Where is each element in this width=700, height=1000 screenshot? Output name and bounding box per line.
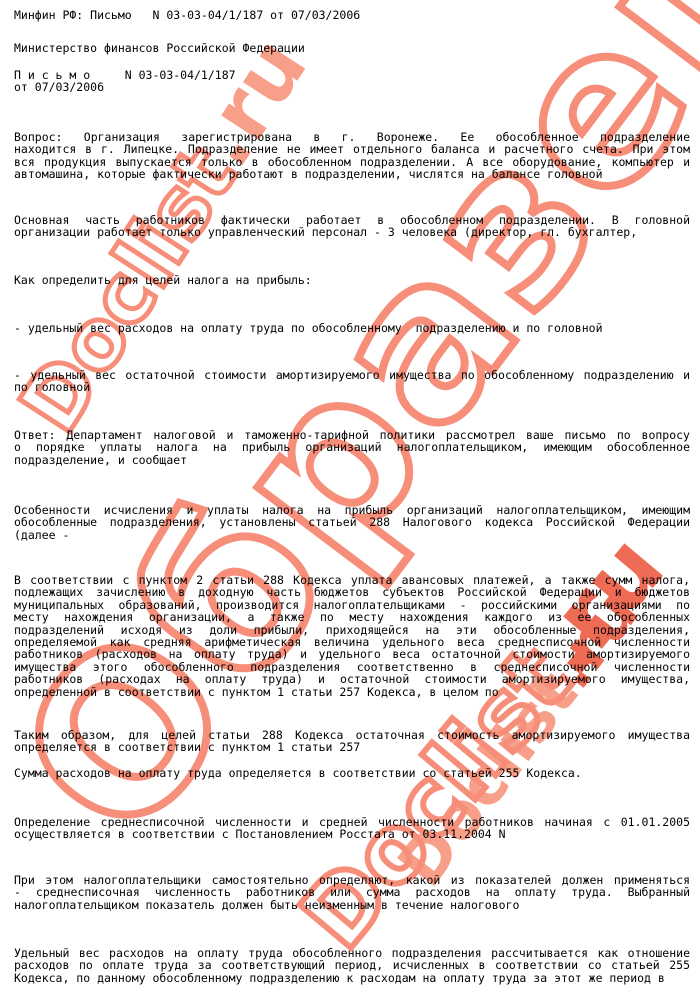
paragraph: Минфин РФ: Письмо N 03-03-04/1/187 от 07… (14, 9, 690, 21)
paragraph: При этом налогоплательщики самостоятельн… (14, 874, 690, 911)
paragraph: Особенности исчисления и уплаты налога н… (14, 504, 690, 541)
text-line: Кодекса, по данному обособленному подраз… (14, 972, 690, 984)
paragraph: П и с ь м о N 03-03-04/1/187от 07/03/200… (14, 69, 690, 94)
text-line: организации работает только управленческ… (14, 226, 690, 238)
letter-body: Минфин РФ: Письмо N 03-03-04/1/187 от 07… (14, 0, 690, 1000)
paragraph: Сумма расходов на оплату труда определяе… (14, 767, 690, 779)
text-line: Как определить для целей налога на прибы… (14, 274, 690, 286)
paragraph: - удельный вес остаточной стоимости амор… (14, 369, 690, 394)
paragraph: Вопрос: Организация зарегистрирована в г… (14, 131, 690, 181)
document-page: Минфин РФ: Письмо N 03-03-04/1/187 от 07… (0, 0, 700, 1000)
text-line: обособленные подразделения, установлены … (14, 516, 690, 528)
paragraph: - удельный вес расходов на оплату труда … (14, 322, 690, 334)
text-line: Минфин РФ: Письмо N 03-03-04/1/187 от 07… (14, 9, 690, 21)
paragraph: Определение среднесписочной численности … (14, 816, 690, 841)
text-line: Министерство финансов Российской Федерац… (14, 42, 690, 54)
text-line: месту нахождения организации, а также по… (14, 611, 690, 623)
text-line: по головной (14, 381, 690, 393)
text-line: П и с ь м о N 03-03-04/1/187 (14, 69, 690, 81)
text-line: Сумма расходов на оплату труда определяе… (14, 767, 690, 779)
text-line: о порядке уплаты налога на прибыль орган… (14, 441, 690, 453)
text-line: осуществляется в соответствии с Постанов… (14, 828, 690, 840)
text-line: расходов по оплате труда за соответствую… (14, 959, 690, 971)
text-line: налогоплательщиком показатель должен быт… (14, 899, 690, 911)
text-line: от 07/03/2006 (14, 81, 690, 93)
paragraph: Удельный вес расходов на оплату труда об… (14, 947, 690, 984)
paragraph: В соответствии с пунктом 2 статьи 288 Ко… (14, 574, 690, 698)
paragraph: Таким образом, для целей статьи 288 Коде… (14, 729, 690, 754)
text-line: подлежащих зачислению в доходную часть б… (14, 586, 690, 598)
paragraph: Как определить для целей налога на прибы… (14, 274, 690, 286)
text-line: работников (расходов на оплату труда) и … (14, 648, 690, 660)
paragraph: Ответ: Департамент налоговой и таможенно… (14, 429, 690, 466)
text-line: находится в г. Липецке. Подразделение не… (14, 143, 690, 155)
text-line: подразделение, и сообщает (14, 454, 690, 466)
text-line: автомашина, которые фактически работают … (14, 168, 690, 180)
text-line: работников (расходах на оплату труда) и … (14, 673, 690, 685)
text-line: - удельный вес расходов на оплату труда … (14, 322, 690, 334)
text-line: - среднесписочная численность работников… (14, 886, 690, 898)
text-line: определенной в соответствии с пунктом 1 … (14, 686, 690, 698)
text-line: (далее - (14, 529, 690, 541)
text-line: определяется в соответствии с пунктом 1 … (14, 741, 690, 753)
paragraph: Основная часть работников фактически раб… (14, 214, 690, 239)
paragraph: Министерство финансов Российской Федерац… (14, 42, 690, 54)
text-line: - удельный вес остаточной стоимости амор… (14, 369, 690, 381)
